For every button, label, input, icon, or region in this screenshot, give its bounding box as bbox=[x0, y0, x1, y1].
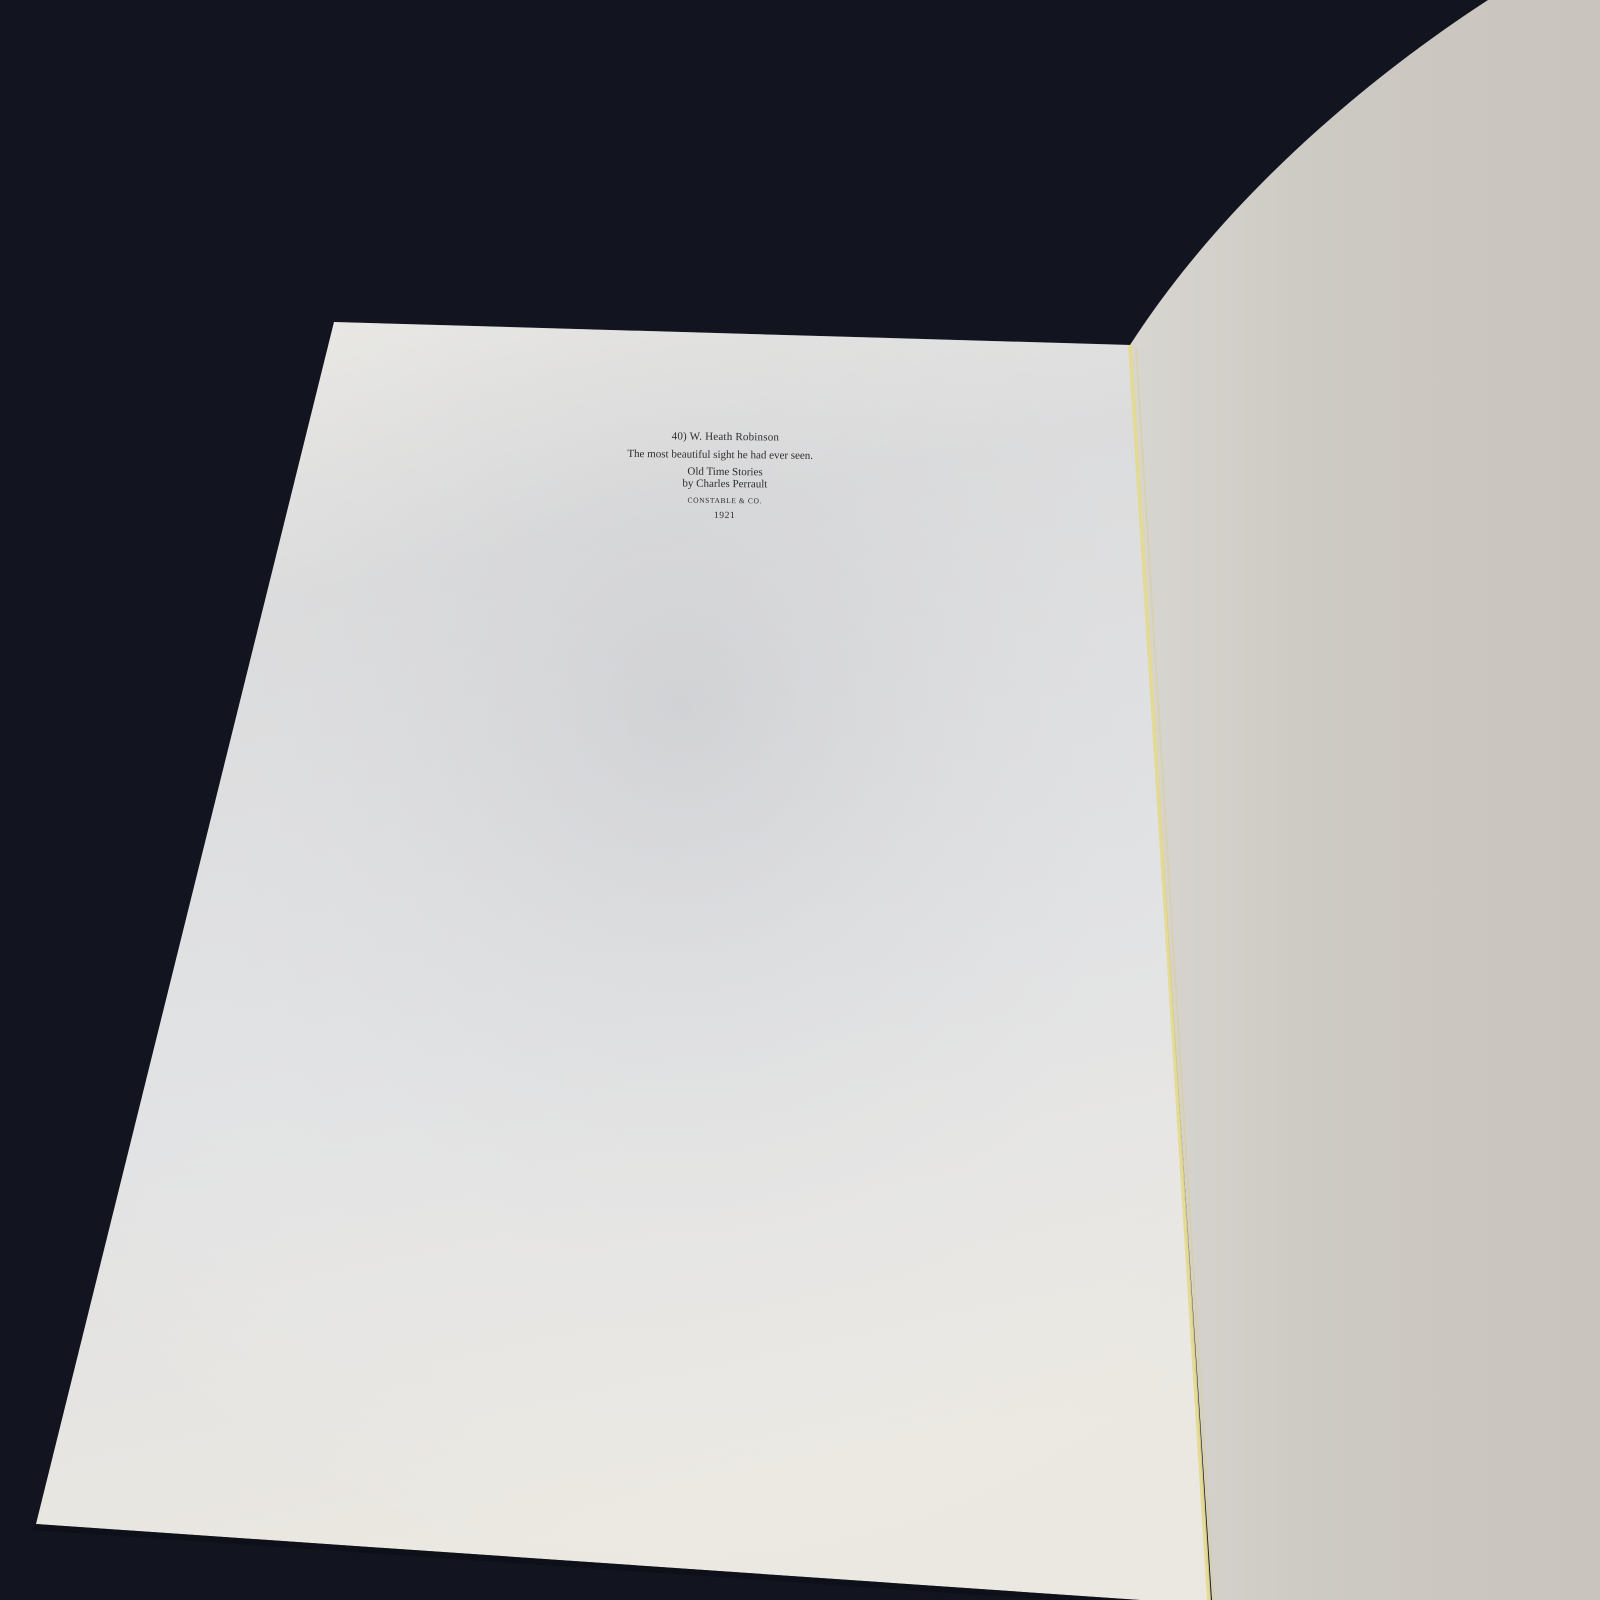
right-page bbox=[1130, 0, 1600, 1600]
book-illustration bbox=[0, 0, 1600, 1600]
photo-scene bbox=[0, 0, 1600, 1600]
